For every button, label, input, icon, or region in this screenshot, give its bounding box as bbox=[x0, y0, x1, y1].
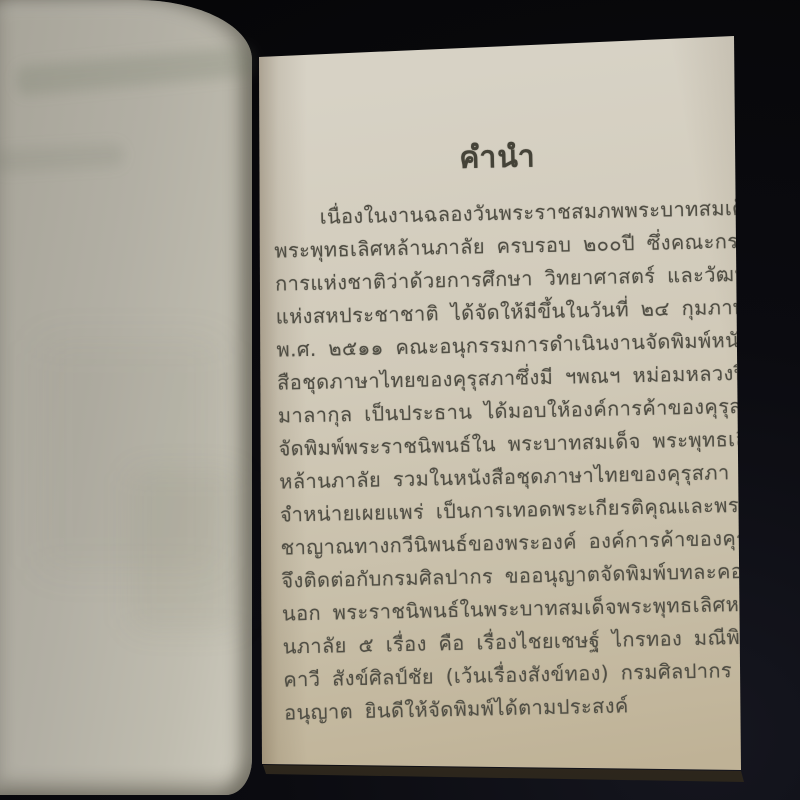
right-page: คำนำ เนื่องในงานฉลองวันพระราชสมภพพระบาทส… bbox=[259, 36, 742, 771]
show-through-text-mark bbox=[0, 143, 125, 174]
preface-body: เนื่องในงานฉลองวันพระราชสมภพพระบาทสมเด็จ… bbox=[273, 192, 734, 729]
show-through-smudge bbox=[130, 470, 240, 630]
preface-text-block: คำนำ เนื่องในงานฉลองวันพระราชสมภพพระบาทส… bbox=[272, 129, 734, 729]
book-photo-background: คำนำ เนื่องในงานฉลองวันพระราชสมภพพระบาทส… bbox=[0, 0, 800, 800]
show-through-text-mark bbox=[15, 46, 255, 97]
preface-title: คำนำ bbox=[272, 129, 723, 185]
left-page bbox=[0, 0, 252, 795]
